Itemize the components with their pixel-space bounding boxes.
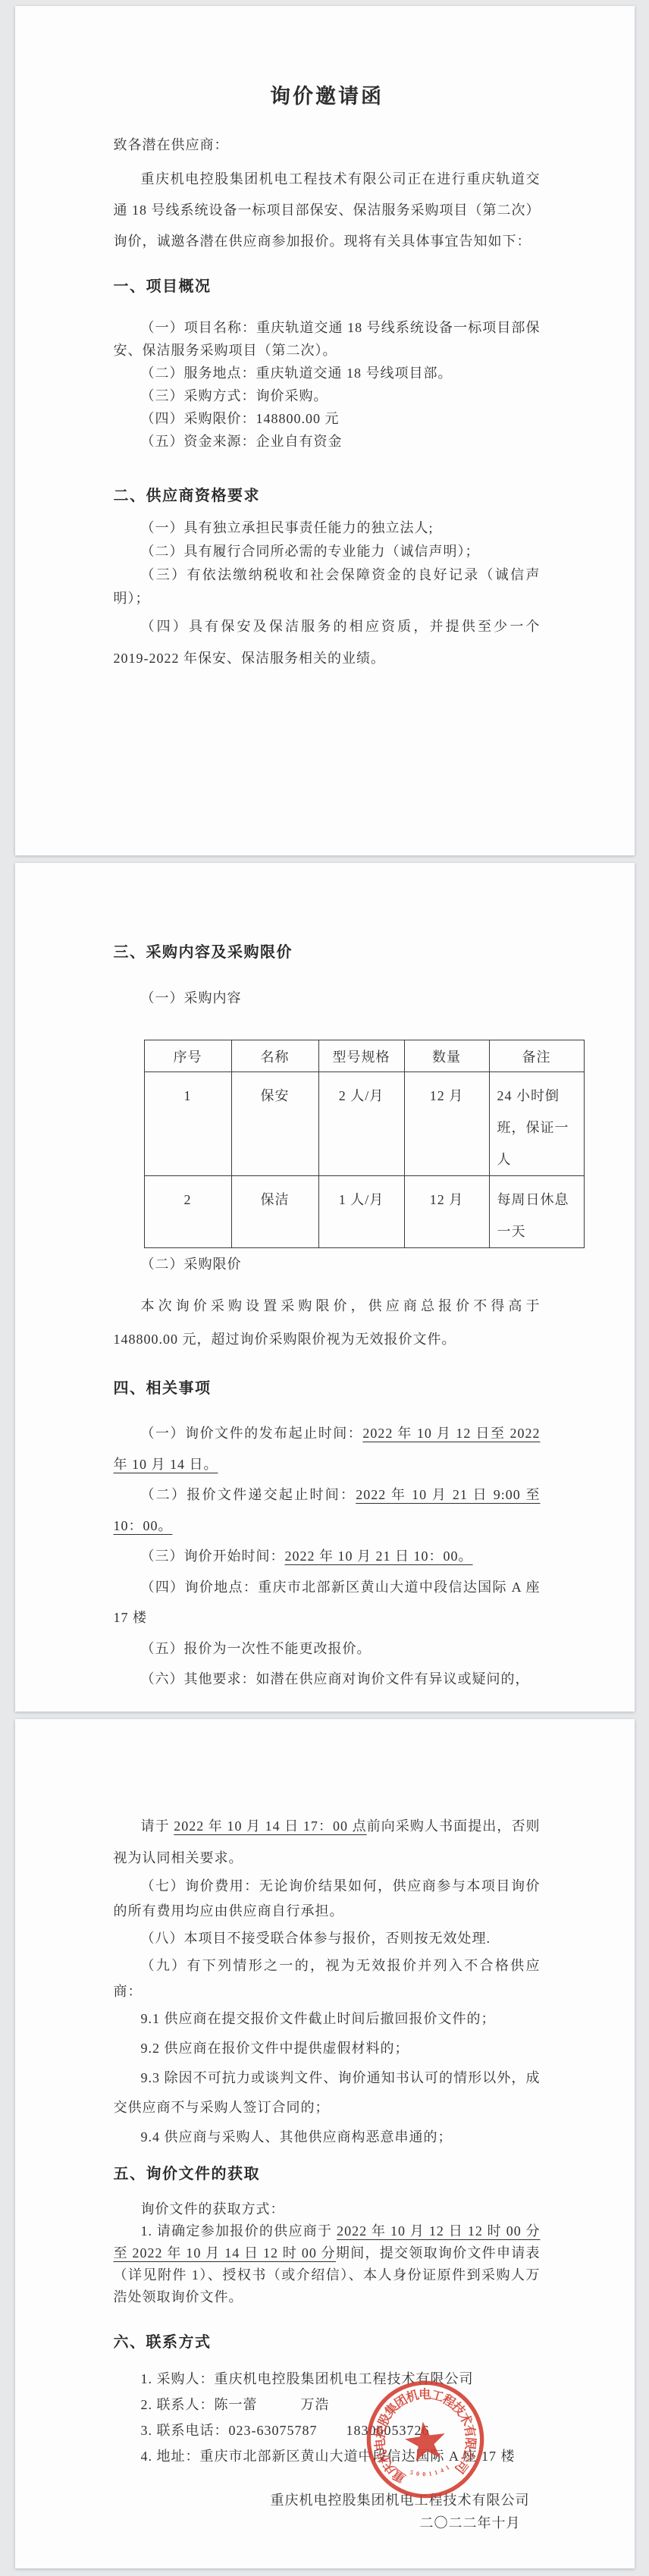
section1-item: （五）资金来源：企业自有资金 (114, 430, 541, 453)
section2-item: （三）有依法缴纳税收和社会保障资金的良好记录（诚信声明）； (114, 563, 541, 610)
cell-seq: 1 (144, 1072, 231, 1176)
procurement-table: 序号 名称 型号规格 数量 备注 1 保安 2 人/月 12 月 24 小时倒班… (144, 1040, 585, 1248)
underlined-date: 2022 年 10 月 21 日 10：00。 (285, 1548, 473, 1564)
section4-item7: （七）询价费用：无论询价结果如何，供应商参与本项目询价的所有费用均应由供应商自行… (114, 1874, 541, 1924)
case-item: 9.2 供应商在报价文件中提供虚假材料的； (114, 2034, 541, 2063)
contact-address: 4. 地址：重庆市北部新区黄山大道中段信达国际 A 座 17 楼 (114, 2443, 541, 2469)
section2-items: （一）具有独立承担民事责任能力的独立法人; （二）具有履行合同所必需的专业能力（… (114, 516, 541, 674)
page-2: 三、采购内容及采购限价 （一）采购内容 序号 名称 型号规格 数量 备注 1 保… (15, 863, 635, 1712)
cell-name: 保安 (231, 1072, 318, 1176)
col-header-seq: 序号 (144, 1040, 231, 1072)
section1-heading: 一、项目概况 (114, 275, 541, 298)
signature-date: 二〇二二年十月 (114, 2512, 541, 2534)
section4-item: （六）其他要求：如潜在供应商对询价文件有异议或疑问的， (114, 1664, 541, 1695)
section6-heading: 六、联系方式 (114, 2331, 541, 2354)
section1-items: （一）项目名称：重庆轨道交通 18 号线系统设备一标项目部保安、保洁服务采购项目… (114, 316, 541, 453)
section5-item: 1. 请确定参加报价的供应商于 2022 年 10 月 12 日 12 时 00… (114, 2220, 541, 2308)
contact-phone: 3. 联系电话：023-63075787 18306053726 (114, 2418, 541, 2443)
section3-heading: 三、采购内容及采购限价 (114, 941, 541, 964)
cell-name: 保洁 (231, 1176, 318, 1248)
contact-person: 2. 联系人：陈一蕾 万浩 (114, 2392, 541, 2418)
contact-purchaser: 1. 采购人：重庆机电控股集团机电工程技术有限公司 (114, 2366, 541, 2392)
section4-item: （五）报价为一次性不能更改报价。 (114, 1633, 541, 1665)
invalid-bid-cases: 9.1 供应商在提交报价文件截止时间后撤回报价文件的； 9.2 供应商在报价文件… (114, 2004, 541, 2152)
table-row: 1 保安 2 人/月 12 月 24 小时倒班，保证一人 (144, 1072, 584, 1176)
section4-item: （一）询价文件的发布起止时间：2022 年 10 月 12 日至 2022 年 … (114, 1418, 541, 1479)
table-row: 2 保洁 1 人/月 12 月 每周日休息一天 (144, 1176, 584, 1248)
signature-company: 重庆机电控股集团机电工程技术有限公司 (114, 2489, 541, 2512)
cell-seq: 2 (144, 1176, 231, 1248)
cell-spec: 1 人/月 (318, 1176, 404, 1248)
cell-spec: 2 人/月 (318, 1072, 404, 1176)
section3-sub1: （一）采购内容 (114, 987, 541, 1009)
section2-item: （四）具有保安及保洁服务的相应资质，并提供至少一个 2019-2022 年保安、… (114, 610, 541, 674)
salutation: 致各潜在供应商： (114, 133, 541, 156)
section5-heading: 五、询价文件的获取 (114, 2163, 541, 2185)
cell-remark: 24 小时倒班，保证一人 (489, 1072, 584, 1176)
document-scan: 询价邀请函 致各潜在供应商： 重庆机电控股集团机电工程技术有限公司正在进行重庆轨… (0, 0, 649, 2575)
section1-item: （四）采购限价：148800.00 元 (114, 407, 541, 430)
section4-item: （三）询价开始时间：2022 年 10 月 21 日 10：00。 (114, 1541, 541, 1572)
section1-item: （一）项目名称：重庆轨道交通 18 号线系统设备一标项目部保安、保洁服务采购项目… (114, 316, 541, 362)
section4-item: （四）询价地点：重庆市北部新区黄山大道中段信达国际 A 座 17 楼 (114, 1572, 541, 1633)
col-header-qty: 数量 (404, 1040, 489, 1072)
table-header-row: 序号 名称 型号规格 数量 备注 (144, 1040, 584, 1072)
col-header-name: 名称 (231, 1040, 318, 1072)
document-title: 询价邀请函 (114, 82, 541, 111)
intro-paragraph: 重庆机电控股集团机电工程技术有限公司正在进行重庆轨道交通 18 号线系统设备一标… (114, 164, 541, 257)
col-header-remark: 备注 (489, 1040, 584, 1072)
case-item: 9.4 供应商与采购人、其他供应商构恶意串通的； (114, 2123, 541, 2152)
section1-item: （三）采购方式：询价采购。 (114, 384, 541, 407)
page-3: 请于 2022 年 10 月 14 日 17：00 点前向采购人书面提出，否则视… (15, 1719, 635, 2568)
page-1: 询价邀请函 致各潜在供应商： 重庆机电控股集团机电工程技术有限公司正在进行重庆轨… (15, 6, 635, 855)
limit-price-note: 本次询价采购设置采购限价，供应商总报价不得高于 148800.00 元，超过询价… (114, 1289, 541, 1356)
underlined-date: 2022 年 10 月 14 日 17：00 点 (174, 1818, 366, 1834)
section4-heading: 四、相关事项 (114, 1377, 541, 1400)
section3-sub2: （二）采购限价 (114, 1253, 541, 1275)
section1-item: （二）服务地点：重庆轨道交通 18 号线项目部。 (114, 362, 541, 384)
section2-heading: 二、供应商资格要求 (114, 485, 541, 507)
cell-remark: 每周日休息一天 (489, 1176, 584, 1248)
section5-intro: 询价文件的获取方式： (114, 2198, 541, 2220)
contact-list: 1. 采购人：重庆机电控股集团机电工程技术有限公司 2. 联系人：陈一蕾 万浩 … (114, 2366, 541, 2469)
cell-qty: 12 月 (404, 1176, 489, 1248)
section4-item8: （八）本项目不接受联合体参与报价，否则按无效处理. (114, 1925, 541, 1951)
section4-items: （一）询价文件的发布起止时间：2022 年 10 月 12 日至 2022 年 … (114, 1418, 541, 1695)
cell-qty: 12 月 (404, 1072, 489, 1176)
col-header-spec: 型号规格 (318, 1040, 404, 1072)
section2-item: （一）具有独立承担民事责任能力的独立法人; (114, 516, 541, 540)
case-item: 9.1 供应商在提交报价文件截止时间后撤回报价文件的； (114, 2004, 541, 2034)
section4-item: （二）报价文件递交起止时间：2022 年 10 月 21 日 9:00 至 10… (114, 1479, 541, 1541)
section4-item9: （九）有下列情形之一的，视为无效报价并列入不合格供应商： (114, 1953, 541, 2004)
section2-item: （二）具有履行合同所必需的专业能力（诚信声明）； (114, 540, 541, 563)
carryover-paragraph: 请于 2022 年 10 月 14 日 17：00 点前向采购人书面提出，否则视… (114, 1810, 541, 1874)
case-item: 9.3 除因不可抗力或谈判文件、询价通知书认可的情形以外，成交供应商不与采购人签… (114, 2063, 541, 2123)
